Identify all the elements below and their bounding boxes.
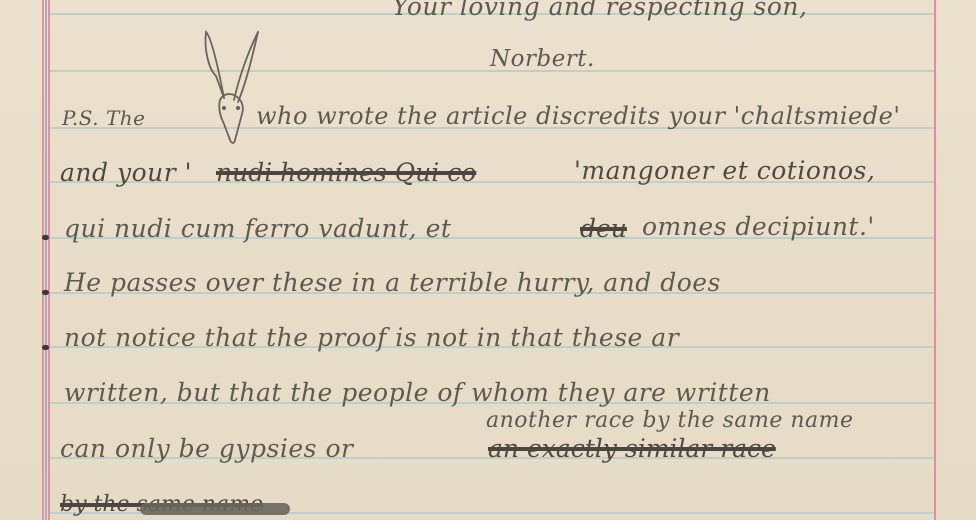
ps-line-2-start: and your ' [60, 160, 192, 185]
donkey-head-drawing-icon [190, 28, 270, 153]
left-margin-line [48, 0, 50, 520]
ps-line-7-start: can only be gypsies or [60, 436, 353, 461]
letter-page: Your loving and respecting son, Norbert.… [0, 0, 976, 520]
margin-dot [42, 345, 49, 350]
inserted-text: another race by the same name [486, 410, 854, 432]
ps-line-3-start: qui nudi cum ferro vadunt, et [64, 216, 451, 241]
struck-text: deu [580, 216, 627, 241]
left-margin-line [45, 0, 47, 520]
struck-text: an exactly similar race [488, 436, 776, 461]
scribble-over-text [140, 503, 290, 515]
ps-line-1: who wrote the article discredits your 'c… [256, 104, 900, 128]
struck-text: nudi homines Qui co [216, 160, 476, 185]
ps-line-5: not notice that the proof is not in that… [64, 325, 679, 350]
margin-dot [42, 290, 49, 295]
ps-prefix: P.S. The [62, 108, 146, 128]
ps-line-4: He passes over these in a terrible hurry… [64, 270, 721, 295]
signature: Norbert. [490, 48, 595, 71]
margin-dot [42, 235, 49, 240]
left-margin-line [42, 0, 44, 520]
ps-line-3-end: omnes decipiunt.' [642, 214, 875, 239]
ps-line-6: written, but that the people of whom the… [64, 380, 771, 405]
ps-line-2-end: 'mangoner et cotionos, [574, 158, 875, 183]
right-margin-line [934, 0, 936, 520]
closing-line: Your loving and respecting son, [392, 0, 807, 19]
